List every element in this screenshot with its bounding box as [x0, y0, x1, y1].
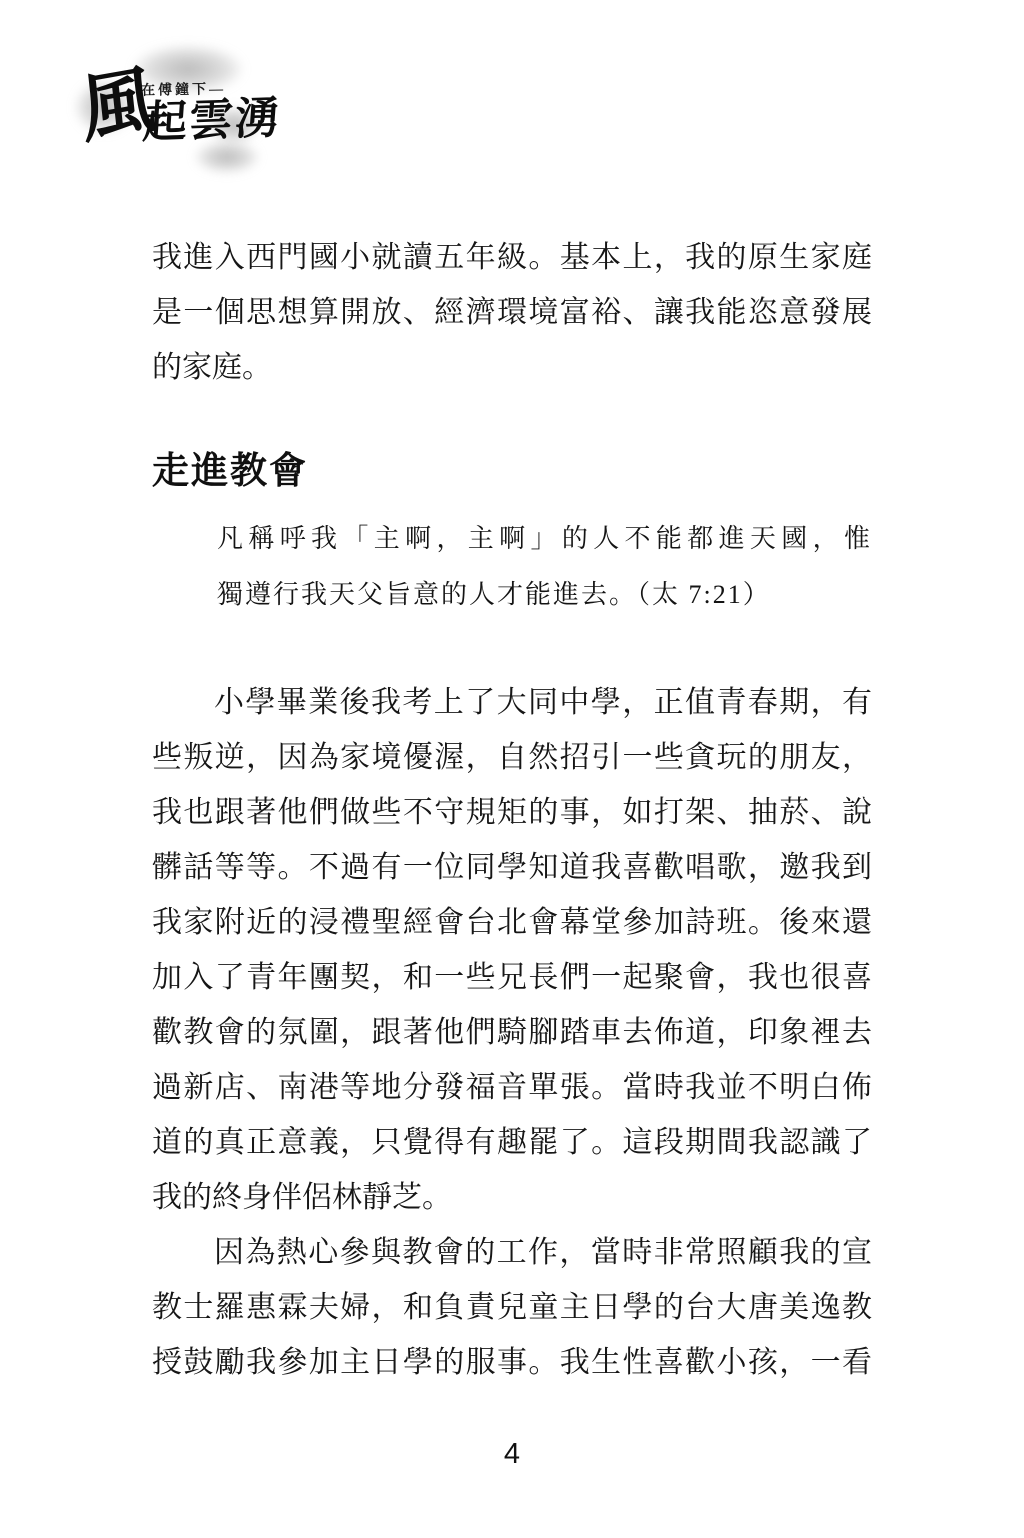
scripture-quote-line: 凡稱呼我「主啊，主啊」的人不能都進天國，惟 [217, 511, 872, 567]
ink-cloud-icon [195, 141, 259, 173]
body-text-line: 加入了青年團契，和一些兄長們一起聚會，我也很喜 [152, 950, 872, 1005]
body-text-line: 授鼓勵我參加主日學的服事。我生性喜歡小孩，一看 [152, 1335, 872, 1390]
page-number: 4 [0, 1438, 1024, 1471]
body-text-line: 我也跟著他們做些不守規矩的事，如打架、抽菸、說 [152, 785, 872, 840]
logo-title-rest: 起雲湧 [141, 97, 282, 146]
body-text-line: 過新店、南港等地分發福音單張。當時我並不明白佈 [152, 1060, 872, 1115]
body-text-line: 因為熱心參與教會的工作，當時非常照顧我的宣 [152, 1225, 872, 1280]
body-text-line: 是一個思想算開放、經濟環境富裕、讓我能恣意發展 [152, 285, 872, 340]
body-text-line: 我進入西門國小就讀五年級。基本上，我的原生家庭 [152, 230, 872, 285]
body-text-line: 教士羅惠霖夫婦，和負責兒童主日學的台大唐美逸教 [152, 1280, 872, 1335]
body-text-line: 道的真正意義，只覺得有趣罷了。這段期間我認識了 [152, 1115, 872, 1170]
body-text-line: 些叛逆，因為家境優渥，自然招引一些貪玩的朋友， [152, 730, 872, 785]
body-text-line: 髒話等等。不過有一位同學知道我喜歡唱歌，邀我到 [152, 840, 872, 895]
section-heading: 走進教會 [152, 447, 872, 495]
text-column: 我進入西門國小就讀五年級。基本上，我的原生家庭 是一個思想算開放、經濟環境富裕、… [152, 230, 872, 1390]
body-text-line: 我的終身伴侶林靜芝。 [152, 1170, 872, 1225]
body-text-line: 歡教會的氛圍，跟著他們騎腳踏車去佈道，印象裡去 [152, 1005, 872, 1060]
book-page: 風 在傅鐘下— 起雲湧 我進入西門國小就讀五年級。基本上，我的原生家庭 是一個思… [0, 0, 1024, 1538]
book-logo: 風 在傅鐘下— 起雲湧 [75, 45, 285, 180]
body-text-line: 我家附近的浸禮聖經會台北會幕堂參加詩班。後來還 [152, 895, 872, 950]
body-text-line: 的家庭。 [152, 340, 872, 395]
body-text-line: 小學畢業後我考上了大同中學，正值青春期，有 [152, 675, 872, 730]
scripture-quote-line: 獨遵行我天父旨意的人才能進去。（太 7:21） [217, 567, 872, 623]
scripture-quote: 凡稱呼我「主啊，主啊」的人不能都進天國，惟 獨遵行我天父旨意的人才能進去。（太 … [217, 511, 872, 623]
